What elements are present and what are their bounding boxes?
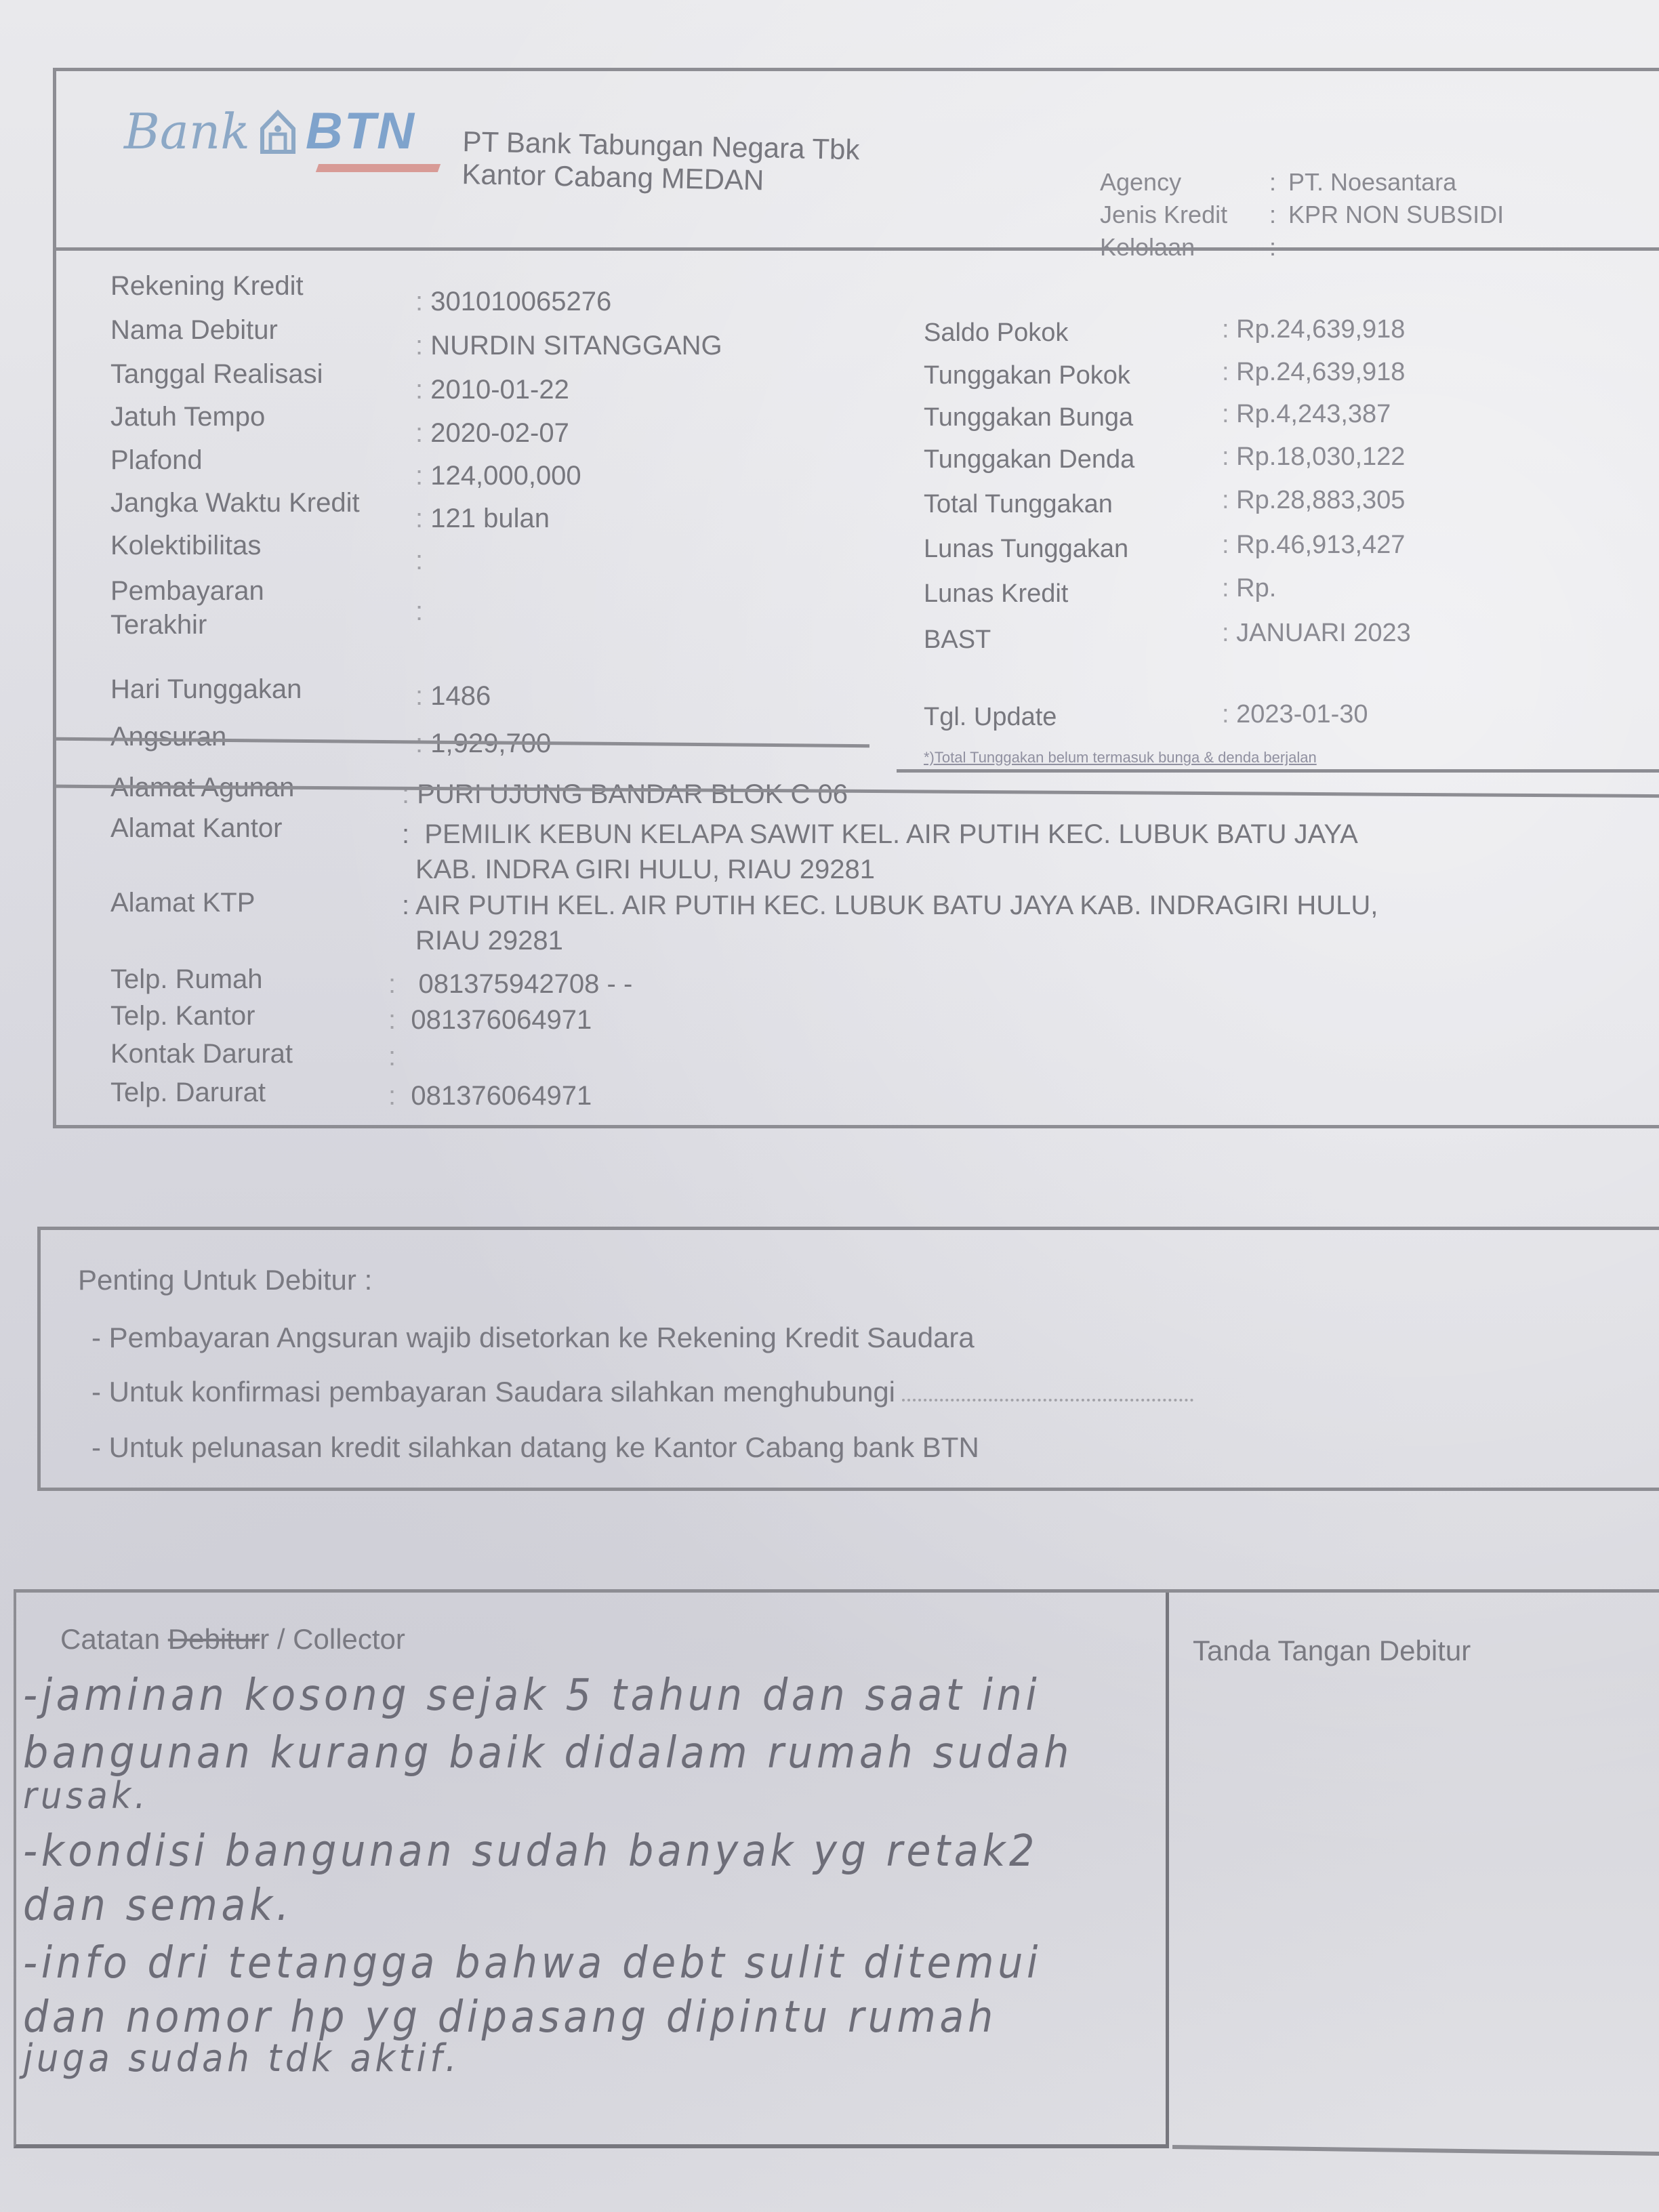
handwritten-note-line: rusak. <box>23 1774 149 1817</box>
label-last-payment: Pembayaran Terakhir <box>110 574 264 642</box>
value-bast: : JANUARI 2023 <box>1222 619 1411 648</box>
value-total-arrears: : Rp.28,883,305 <box>1222 486 1405 515</box>
value-days-overdue: : 1486 <box>415 681 491 712</box>
label-arrears-payoff: Lunas Tunggakan <box>924 535 1128 564</box>
notice-title: Penting Untuk Debitur : <box>78 1264 372 1296</box>
label-plafond: Plafond <box>110 445 203 476</box>
label-bast: BAST <box>924 626 991 655</box>
logo-bank-word: Bank <box>124 103 250 160</box>
value-realization-date: : 2010-01-22 <box>415 375 569 405</box>
label-office-address: Alamat Kantor <box>110 813 282 844</box>
account-info-box: Bank BTN PT Bank Tabungan Negara Tbk Kan… <box>53 68 1659 1128</box>
collector-notes-panel: Catatan Debiturr / Collector -jaminan ko… <box>14 1593 1169 2148</box>
signature-title: Tanda Tangan Debitur <box>1193 1635 1471 1667</box>
handwritten-note-line: dan semak. <box>23 1881 293 1931</box>
bank-logo: Bank BTN <box>124 102 415 161</box>
notice-item: - Pembayaran Angsuran wajib disetorkan k… <box>91 1322 975 1354</box>
label-collectibility: Kolektibilitas <box>110 531 261 561</box>
agency-row: Agency : PT. Noesantara <box>1100 166 1504 199</box>
label-penalty-arrears: Tunggakan Denda <box>924 445 1134 474</box>
value-due-date: : 2020-02-07 <box>415 418 569 449</box>
managed-row: Kelolaan : <box>1100 231 1504 264</box>
notes-and-signature-box: Catatan Debiturr / Collector -jaminan ko… <box>14 1589 1659 2152</box>
handwritten-note-line: -kondisi bangunan sudah banyak yg retak2 <box>23 1826 1038 1877</box>
logo-brand: BTN <box>306 102 415 161</box>
bank-name-block: PT Bank Tabungan Negara Tbk Kantor Caban… <box>462 125 860 199</box>
label-interest-arrears: Tunggakan Bunga <box>924 403 1133 432</box>
label-emergency-contact: Kontak Darurat <box>110 1039 293 1069</box>
value-credit-term: : 121 bulan <box>415 504 550 534</box>
label-office-phone: Telp. Kantor <box>110 1001 255 1031</box>
label-realization-date: Tanggal Realisasi <box>110 359 323 390</box>
value-principal-balance: : Rp.24,639,918 <box>1222 315 1405 344</box>
debtor-notice-box: Penting Untuk Debitur : - Pembayaran Ang… <box>37 1227 1659 1491</box>
value-arrears-payoff: : Rp.46,913,427 <box>1222 531 1405 560</box>
label-account-number: Rekening Kredit <box>110 271 304 302</box>
handwritten-note-line: -jaminan kosong sejak 5 tahun dan saat i… <box>23 1671 1040 1721</box>
notice-item: - Untuk pelunasan kredit silahkan datang… <box>91 1431 979 1464</box>
value-office-phone: : 081376064971 <box>388 1005 592 1036</box>
value-emergency-phone: : 081376064971 <box>388 1081 592 1111</box>
label-installment-struck: Angsuran <box>110 722 226 752</box>
house-icon <box>258 108 298 155</box>
letter-header: Bank BTN PT Bank Tabungan Negara Tbk Kan… <box>56 71 1659 251</box>
value-credit-payoff: : Rp. <box>1222 574 1276 603</box>
arrears-footnote: *)Total Tunggakan belum termasuk bunga &… <box>924 749 1317 766</box>
value-home-phone: : 081375942708 - - <box>388 969 632 1000</box>
label-credit-payoff: Lunas Kredit <box>924 579 1068 609</box>
handwritten-note-line: juga sudah tdk aktif. <box>23 2036 460 2081</box>
label-total-arrears: Total Tunggakan <box>924 490 1113 519</box>
label-principal-balance: Saldo Pokok <box>924 319 1068 348</box>
label-update-date: Tgl. Update <box>924 703 1057 732</box>
value-principal-arrears: : Rp.24,639,918 <box>1222 358 1405 387</box>
label-credit-term: Jangka Waktu Kredit <box>110 488 360 518</box>
label-principal-arrears: Tunggakan Pokok <box>924 361 1130 390</box>
value-office-address: : PEMILIK KEBUN KELAPA SAWIT KEL. AIR PU… <box>402 817 1358 887</box>
value-emergency-contact: : <box>388 1042 396 1072</box>
label-debtor-name: Nama Debitur <box>110 315 278 346</box>
signature-bottom-border <box>1172 2145 1659 2156</box>
value-interest-arrears: : Rp.4,243,387 <box>1222 400 1391 429</box>
label-id-address: Alamat KTP <box>110 888 255 918</box>
contact-blank-line <box>902 1399 1193 1401</box>
strike-line-collateral <box>56 785 1659 798</box>
value-penalty-arrears: : Rp.18,030,122 <box>1222 443 1405 472</box>
agency-block: Agency : PT. Noesantara Jenis Kredit : K… <box>1100 166 1504 264</box>
value-collectibility: : <box>415 546 423 576</box>
label-days-overdue: Hari Tunggakan <box>110 674 302 705</box>
divider-right <box>897 769 1659 773</box>
value-update-date: : 2023-01-30 <box>1222 700 1368 729</box>
notes-title: Catatan Debiturr / Collector <box>60 1623 405 1656</box>
value-plafond: : 124,000,000 <box>415 461 581 491</box>
value-debtor-name: : NURDIN SITANGGANG <box>415 331 722 361</box>
value-id-address: : AIR PUTIH KEL. AIR PUTIH KEC. LUBUK BA… <box>402 888 1378 958</box>
value-account-number: : 301010065276 <box>415 287 611 317</box>
credit-type-row: Jenis Kredit : KPR NON SUBSIDI <box>1100 199 1504 231</box>
notice-item: - Untuk konfirmasi pembayaran Saudara si… <box>91 1376 1193 1408</box>
label-due-date: Jatuh Tempo <box>110 402 265 432</box>
value-collateral-address-struck: : PURI UJUNG BANDAR BLOK C 06 <box>402 779 848 810</box>
handwritten-note-line: dan nomor hp yg dipasang dipintu rumah <box>23 1992 997 2043</box>
label-emergency-phone: Telp. Darurat <box>110 1078 266 1108</box>
label-home-phone: Telp. Rumah <box>110 964 263 995</box>
logo-swoosh <box>316 164 441 172</box>
handwritten-note-line: bangunan kurang baik didalam rumah sudah <box>23 1728 1073 1778</box>
handwritten-note-line: -info dri tetangga bahwa debt sulit dite… <box>23 1938 1042 1988</box>
value-last-payment: : <box>415 596 423 627</box>
